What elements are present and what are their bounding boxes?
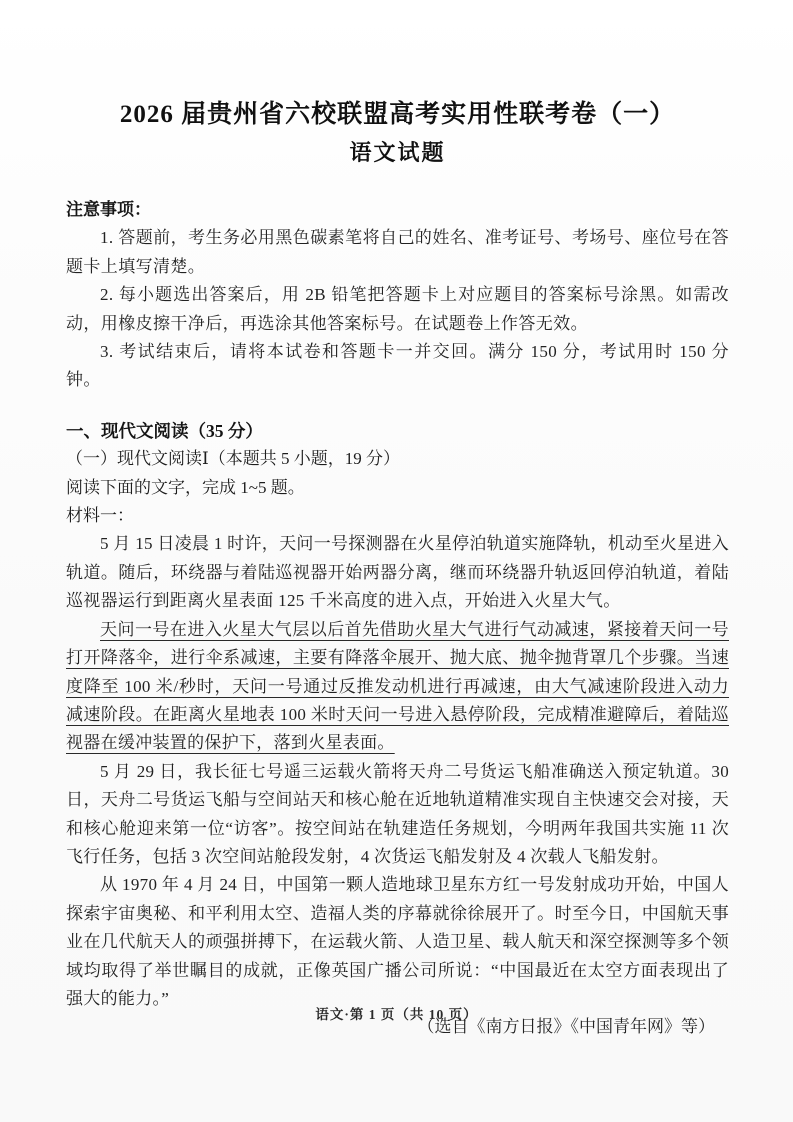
reading-section: 一、现代文阅读（35 分） （一）现代文阅读Ⅰ（本题共 5 小题，19 分） 阅… bbox=[66, 417, 729, 1042]
exam-paper-page: 2026 届贵州省六校联盟高考实用性联考卷（一） 语文试题 注意事项： 1. 答… bbox=[0, 0, 793, 1122]
material-label: 材料一： bbox=[66, 502, 729, 530]
notice-item-3: 3. 考试结束后，请将本试卷和答题卡一并交回。满分 150 分，考试用时 150… bbox=[66, 338, 729, 395]
notice-item-2: 2. 每小题选出答案后，用 2B 铅笔把答题卡上对应题目的答案标号涂黑。如需改动… bbox=[66, 281, 729, 338]
material-paragraph-3: 5 月 29 日，我长征七号遥三运载火箭将天舟二号货运飞船准确送入预定轨道。30… bbox=[66, 758, 729, 872]
material-paragraph-1: 5 月 15 日凌晨 1 时许，天问一号探测器在火星停泊轨道实施降轨，机动至火星… bbox=[66, 530, 729, 615]
material-paragraph-2-underlined: 天问一号在进入火星大气层以后首先借助火星大气进行气动减速，紧接着天问一号打开降落… bbox=[66, 616, 729, 758]
subsection-heading: （一）现代文阅读Ⅰ（本题共 5 小题，19 分） bbox=[66, 445, 729, 473]
reading-instruction: 阅读下面的文字，完成 1~5 题。 bbox=[66, 474, 729, 502]
paper-subject-title: 语文试题 bbox=[66, 138, 729, 168]
paper-title: 2026 届贵州省六校联盟高考实用性联考卷（一） bbox=[66, 98, 729, 132]
section-heading: 一、现代文阅读（35 分） bbox=[66, 417, 729, 445]
notice-item-1: 1. 答题前，考生务必用黑色碳素笔将自己的姓名、准考证号、考场号、座位号在答题卡… bbox=[66, 224, 729, 281]
notice-heading: 注意事项： bbox=[66, 196, 729, 224]
page-number-footer: 语文·第 1 页（共 10 页） bbox=[0, 1003, 793, 1023]
material-paragraph-4: 从 1970 年 4 月 24 日，中国第一颗人造地球卫星东方红一号发射成功开始… bbox=[66, 871, 729, 1013]
notice-section: 注意事项： 1. 答题前，考生务必用黑色碳素笔将自己的姓名、准考证号、考场号、座… bbox=[66, 196, 729, 395]
